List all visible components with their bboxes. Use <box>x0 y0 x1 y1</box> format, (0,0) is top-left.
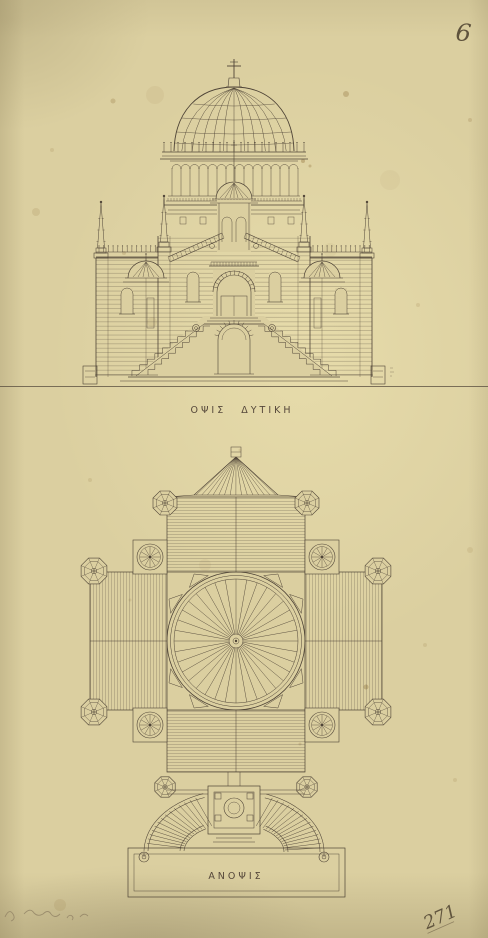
drawing-sheet: ΟΨΙΣ ΔΥΤΙΚΗ ΑΝΟΨΙΣ 6 271 <box>0 0 488 938</box>
handwritten-inscription <box>5 910 88 921</box>
roof-plan-drawing <box>81 447 391 897</box>
sheet-number: 6 <box>454 18 472 47</box>
plan-caption: ΑΝΟΨΙΣ <box>208 871 263 882</box>
drawing-canvas: ΟΨΙΣ ΔΥΤΙΚΗ ΑΝΟΨΙΣ 6 271 <box>0 0 488 938</box>
west-elevation-drawing <box>0 59 488 387</box>
inventory-number: 271 <box>419 901 460 935</box>
svg-text:271: 271 <box>419 901 460 935</box>
elevation-caption: ΟΨΙΣ ΔΥΤΙΚΗ <box>190 405 293 416</box>
